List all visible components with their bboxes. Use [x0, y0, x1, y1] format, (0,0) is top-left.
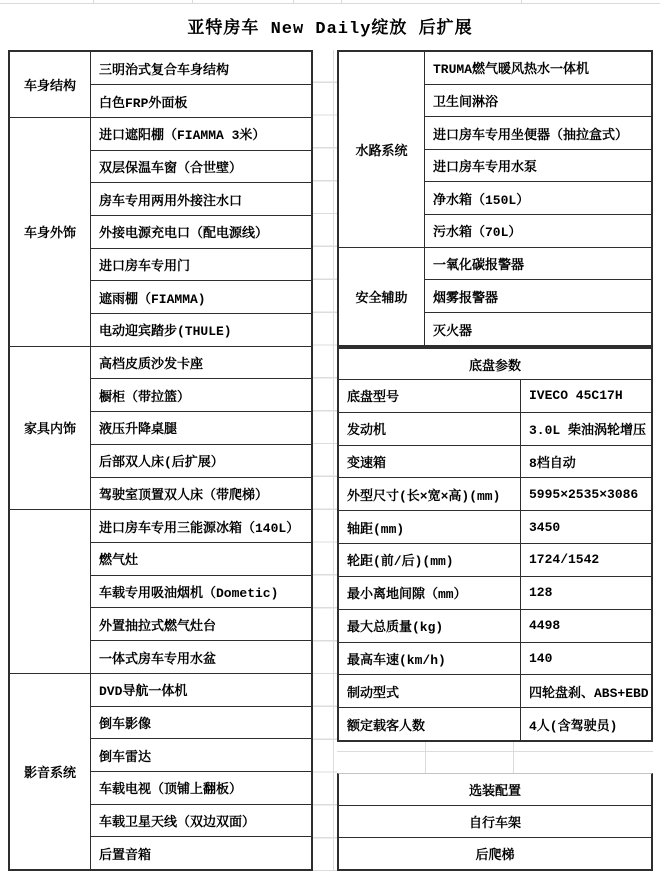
gridline: [425, 742, 426, 773]
chassis-value: 3450: [521, 511, 651, 543]
spec-item: 燃气灶: [91, 543, 311, 576]
chassis-label: 底盘型号: [339, 380, 521, 412]
gridline-tick: [341, 0, 342, 3]
spec-item: 车载电视（顶铺上翻板）: [91, 772, 311, 805]
spec-item: 白色FRP外面板: [91, 85, 311, 117]
chassis-label: 制动型式: [339, 675, 521, 707]
category-cell: 影音系统: [10, 674, 91, 869]
chassis-row: 发动机 3.0L 柴油涡轮增压: [339, 413, 651, 446]
chassis-row: 最高车速(km/h) 140: [339, 643, 651, 676]
chassis-label: 轴距(mm): [339, 511, 521, 543]
section-furniture-interior: 家具内饰 高档皮质沙发卡座 橱柜（带拉篮） 液压升降桌腿 后部双人床(后扩展） …: [10, 347, 311, 511]
chassis-value: 140: [521, 643, 651, 675]
spec-item: DVD导航一体机: [91, 674, 311, 707]
spec-item: 一体式房车专用水盆: [91, 641, 311, 673]
chassis-row: 最大总质量(kg) 4498: [339, 610, 651, 643]
category-cell: 家具内饰: [10, 347, 91, 510]
spec-item: 车载卫星天线（双边双面）: [91, 805, 311, 838]
spec-item: 橱柜（带拉篮）: [91, 379, 311, 412]
section-safety: 安全辅助 一氧化碳报警器 烟雾报警器 灭火器: [339, 248, 651, 345]
spec-item: 净水箱（150L）: [425, 182, 651, 215]
chassis-row: 底盘型号 IVECO 45C17H: [339, 380, 651, 413]
chassis-value: 四轮盘刹、ABS+EBD: [521, 675, 651, 707]
chassis-value: 4498: [521, 610, 651, 642]
chassis-value: 3.0L 柴油涡轮增压: [521, 413, 651, 445]
chassis-row: 额定载客人数 4人(含驾驶员): [339, 708, 651, 740]
chassis-header: 底盘参数: [339, 349, 651, 380]
chassis-value: 5995×2535×3086: [521, 478, 651, 510]
spec-item: 后置音箱: [91, 837, 311, 869]
spec-item: 后部双人床(后扩展）: [91, 445, 311, 478]
section-kitchen: 进口房车专用三能源冰箱（140L） 燃气灶 车载专用吸油烟机（Dometic) …: [10, 510, 311, 674]
spec-item: 进口遮阳棚（FIAMMA 3米）: [91, 118, 311, 151]
empty-grid-strip: [337, 742, 653, 773]
category-cell: 车身结构: [10, 52, 91, 117]
spec-item: 电动迎宾踏步(THULE): [91, 314, 311, 346]
category-cell: 安全辅助: [339, 248, 425, 345]
option-item: 后爬梯: [339, 838, 651, 869]
right-spec-table: 水路系统 TRUMA燃气暖风热水一体机 卫生间淋浴 进口房车专用坐便器（抽拉盒式…: [337, 50, 653, 347]
spec-item: 双层保温车窗（合世壁）: [91, 151, 311, 184]
gridline-tick: [521, 0, 522, 3]
chassis-label: 最小离地间隙（mm）: [339, 577, 521, 609]
section-body-exterior: 车身外饰 进口遮阳棚（FIAMMA 3米） 双层保温车窗（合世壁） 房车专用两用…: [10, 118, 311, 347]
chassis-label: 最大总质量(kg): [339, 610, 521, 642]
chassis-label: 最高车速(km/h): [339, 643, 521, 675]
page-title: 亚特房车 New Daily绽放 后扩展: [0, 4, 660, 48]
chassis-row: 外型尺寸(长×宽×高)(mm) 5995×2535×3086: [339, 478, 651, 511]
chassis-row: 变速箱 8档自动: [339, 446, 651, 479]
category-cell: [10, 510, 91, 673]
spec-item: 烟雾报警器: [425, 280, 651, 313]
spec-item: 污水箱（70L）: [425, 215, 651, 247]
options-table: 选装配置 自行车架 后爬梯: [337, 773, 653, 871]
section-av-system: 影音系统 DVD导航一体机 倒车影像 倒车雷达 车载电视（顶铺上翻板） 车载卫星…: [10, 674, 311, 869]
spec-item: 外置抽拉式燃气灶台: [91, 608, 311, 641]
gridline-tick: [293, 0, 294, 3]
category-cell: 车身外饰: [10, 118, 91, 346]
gridline-tick: [192, 0, 193, 3]
spec-item: TRUMA燃气暖风热水一体机: [425, 52, 651, 85]
spec-item: 进口房车专用水泵: [425, 150, 651, 183]
chassis-value: IVECO 45C17H: [521, 380, 651, 412]
spec-item: 高档皮质沙发卡座: [91, 347, 311, 380]
chassis-label: 变速箱: [339, 446, 521, 478]
chassis-row: 轮距(前/后)(mm) 1724/1542: [339, 544, 651, 577]
chassis-row: 轴距(mm) 3450: [339, 511, 651, 544]
spec-item: 一氧化碳报警器: [425, 248, 651, 281]
section-body-structure: 车身结构 三明治式复合车身结构 白色FRP外面板: [10, 52, 311, 118]
chassis-row: 最小离地间隙（mm） 128: [339, 577, 651, 610]
spec-item: 车载专用吸油烟机（Dometic): [91, 576, 311, 609]
gridline-gap-column: [333, 50, 334, 871]
spec-item: 三明治式复合车身结构: [91, 52, 311, 85]
category-cell: 水路系统: [339, 52, 425, 247]
chassis-value: 4人(含驾驶员): [521, 708, 651, 740]
chassis-table: 底盘参数 底盘型号 IVECO 45C17H 发动机 3.0L 柴油涡轮增压 变…: [337, 347, 653, 742]
option-item: 自行车架: [339, 806, 651, 838]
options-header: 选装配置: [339, 774, 651, 806]
chassis-label: 轮距(前/后)(mm): [339, 544, 521, 576]
chassis-label: 外型尺寸(长×宽×高)(mm): [339, 478, 521, 510]
gridline: [337, 751, 653, 752]
spec-item: 倒车影像: [91, 707, 311, 740]
spec-item: 液压升降桌腿: [91, 412, 311, 445]
spec-item: 进口房车专用坐便器（抽拉盒式）: [425, 117, 651, 150]
chassis-label: 额定载客人数: [339, 708, 521, 740]
chassis-value: 128: [521, 577, 651, 609]
left-spec-table: 车身结构 三明治式复合车身结构 白色FRP外面板 车身外饰 进口遮阳棚（FIAM…: [8, 50, 313, 871]
spec-item: 灭火器: [425, 313, 651, 345]
spec-item: 进口房车专用门: [91, 249, 311, 282]
chassis-row: 制动型式 四轮盘刹、ABS+EBD: [339, 675, 651, 708]
spec-item: 卫生间淋浴: [425, 85, 651, 118]
spec-item: 倒车雷达: [91, 739, 311, 772]
spec-item: 遮雨棚（FIAMMA): [91, 281, 311, 314]
spec-item: 驾驶室顶置双人床（带爬梯）: [91, 478, 311, 510]
chassis-value: 8档自动: [521, 446, 651, 478]
spec-item: 进口房车专用三能源冰箱（140L）: [91, 510, 311, 543]
chassis-value: 1724/1542: [521, 544, 651, 576]
gridline: [513, 742, 514, 773]
section-water-system: 水路系统 TRUMA燃气暖风热水一体机 卫生间淋浴 进口房车专用坐便器（抽拉盒式…: [339, 52, 651, 248]
spec-item: 外接电源充电口（配电源线）: [91, 216, 311, 249]
gridline-tick: [93, 0, 94, 3]
chassis-label: 发动机: [339, 413, 521, 445]
spec-item: 房车专用两用外接注水口: [91, 183, 311, 216]
